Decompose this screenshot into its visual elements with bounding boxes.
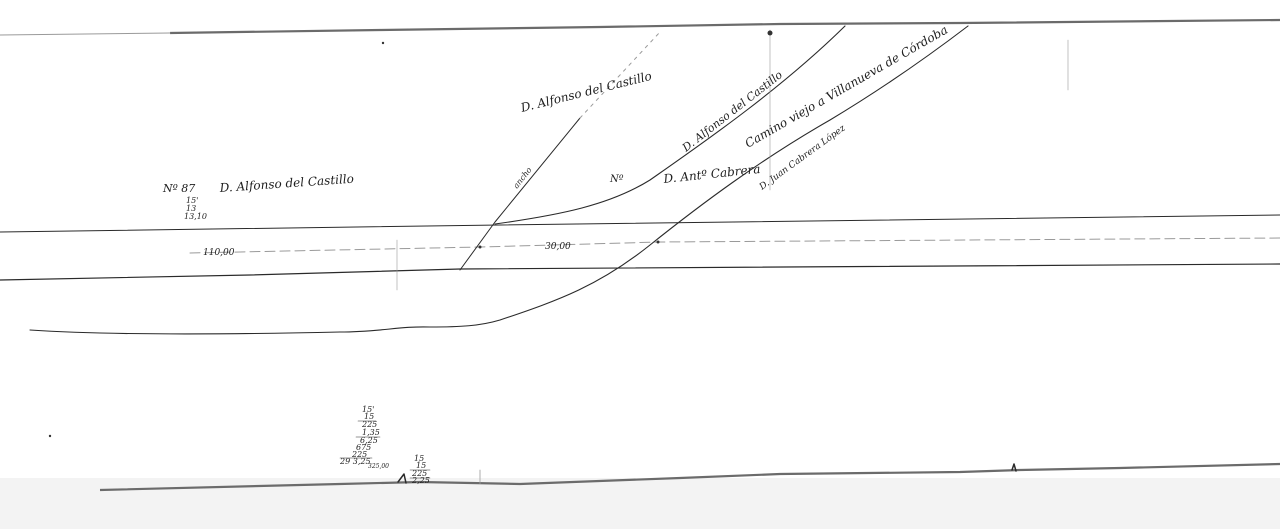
calc-bottom-right: 15 15 225 2,25 <box>410 454 430 485</box>
ink-dot <box>382 42 384 44</box>
top-sheet-edge-faint <box>0 33 170 35</box>
road-lower-line <box>0 264 1280 280</box>
diagonal-note-label: ancho <box>511 165 533 190</box>
owner-left-label: D. Alfonso del Castillo <box>218 172 354 195</box>
calc-line: 29 3,25 <box>339 457 371 466</box>
measurement-line <box>190 238 1280 253</box>
calc-line: 325,00 <box>368 463 389 470</box>
ink-dot <box>49 435 51 437</box>
calc-line: 2,25 <box>411 476 430 485</box>
owner-middle-label: D. Antº Cabrera <box>662 162 761 186</box>
calc-left-line-3: 13,10 <box>184 212 207 221</box>
measure-point-right <box>657 241 660 244</box>
pin-mark <box>768 31 773 36</box>
parcel-marker-label: Nº <box>609 174 624 185</box>
parcel-number-label: Nº 87 <box>162 182 195 195</box>
left-distance-label: 110,00 <box>203 248 235 258</box>
survey-map: Nº 87 D. Alfonso del Castillo 15' 13 13,… <box>0 0 1280 529</box>
calc-bottom-column: 15' 15 225 1,35 6,25 675 225 29 3,25 325… <box>339 405 389 470</box>
owner-top-diagonal-label: D. Alfonso del Castillo <box>518 69 653 115</box>
top-sheet-edge <box>170 20 1280 33</box>
middle-distance-label: 30,00 <box>545 242 571 252</box>
road-camino-lower-edge <box>30 26 968 334</box>
paper-edge-band <box>0 478 1280 529</box>
owner-along-road-label: D. Alfonso del Castillo <box>679 68 785 155</box>
measure-point-left <box>479 246 482 249</box>
